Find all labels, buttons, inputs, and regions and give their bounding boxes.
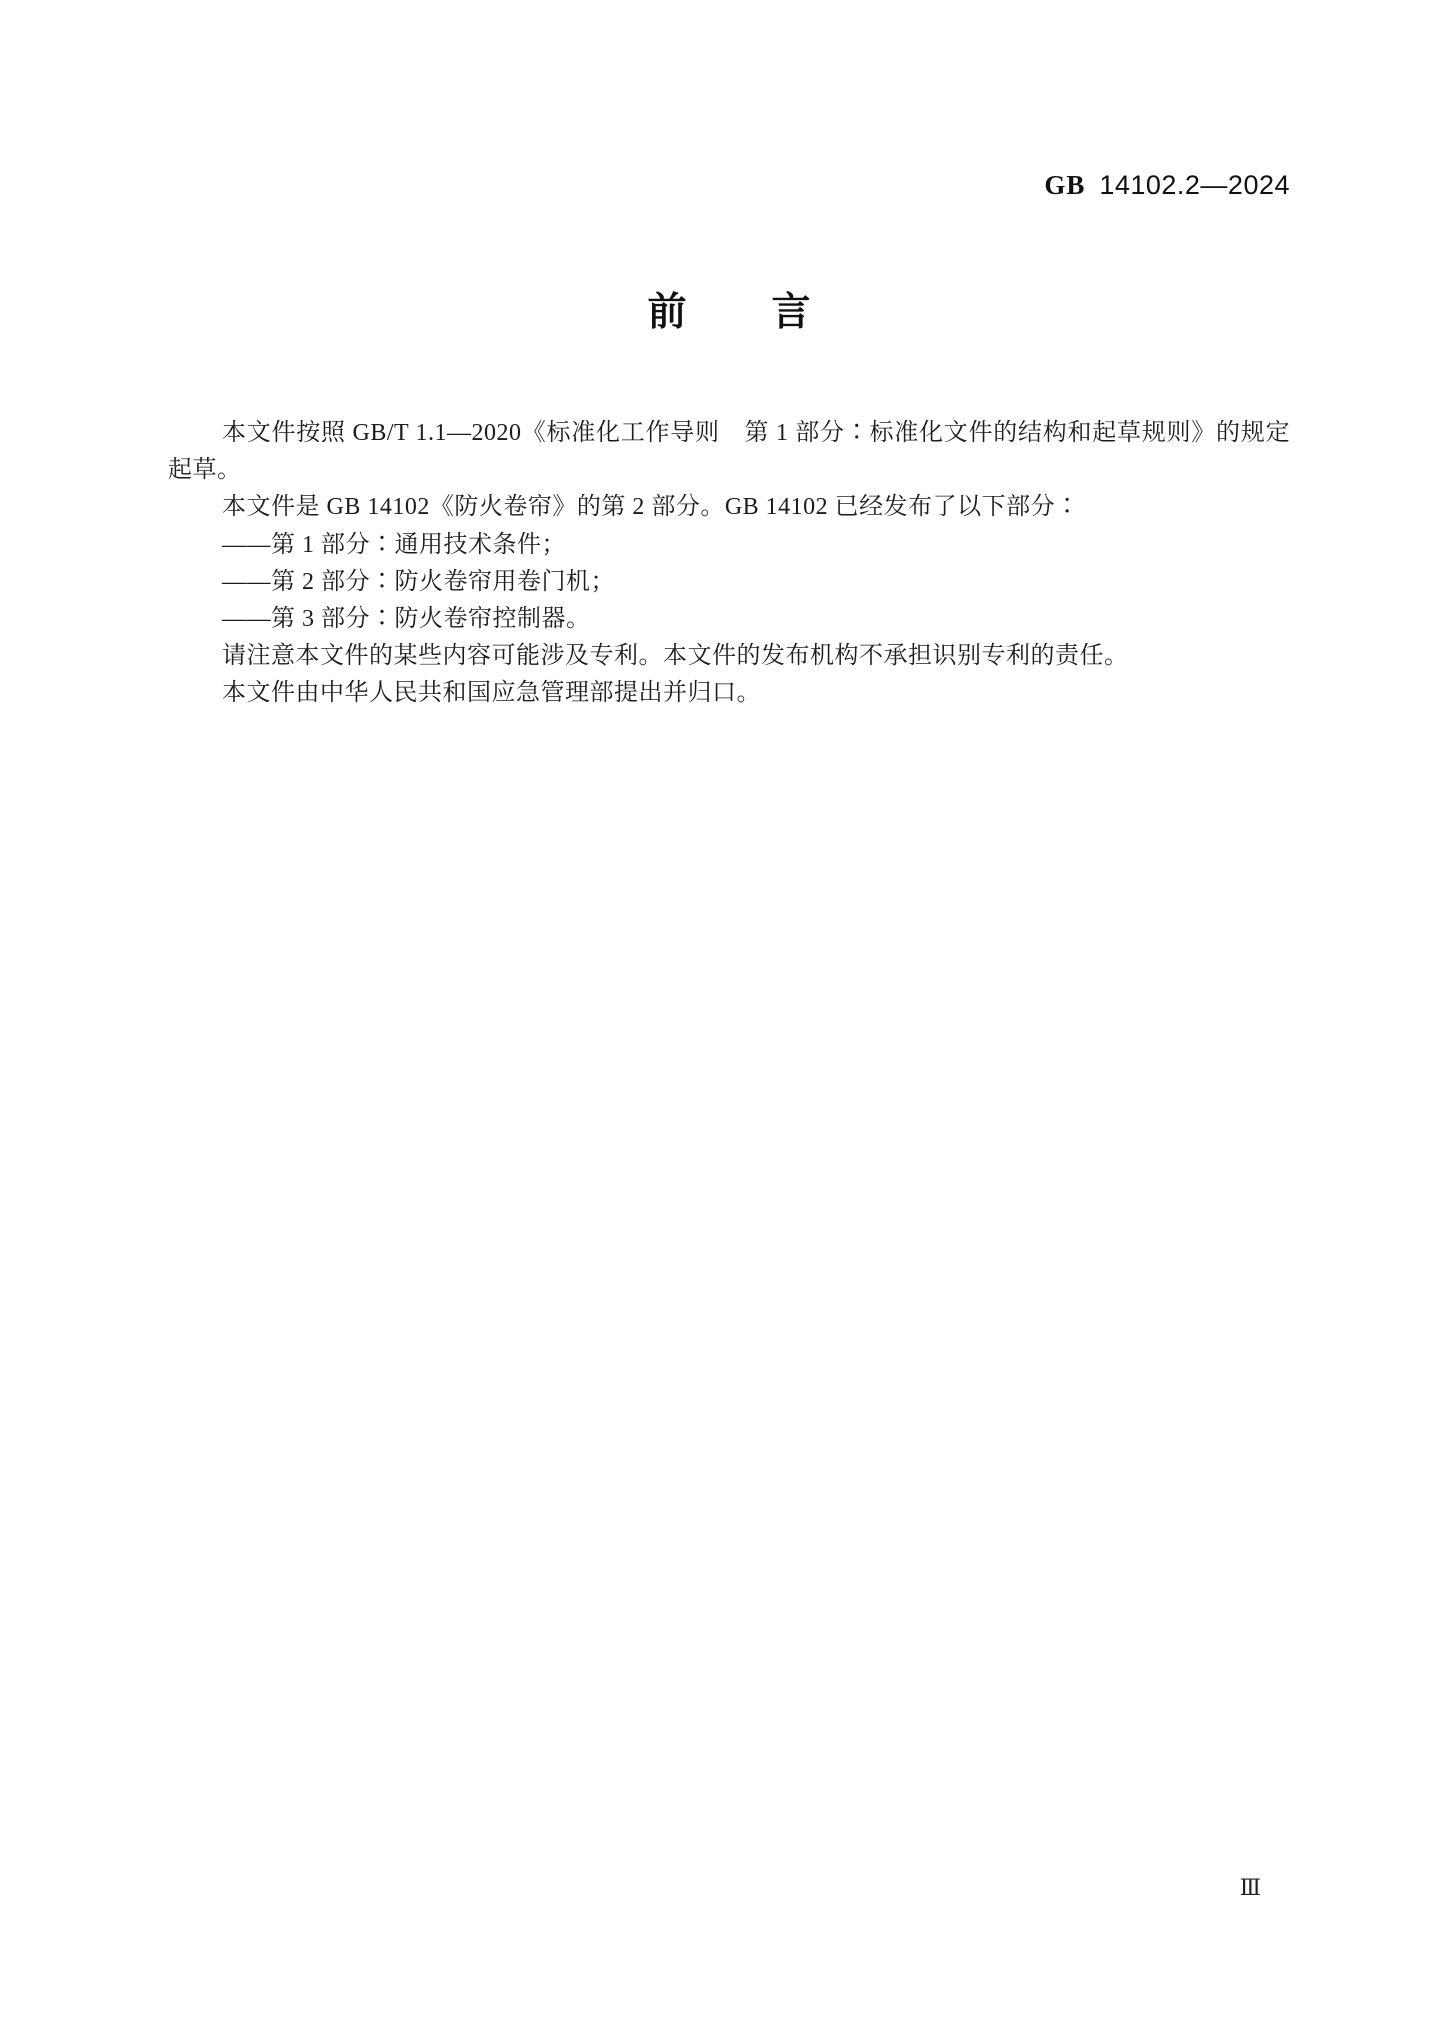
part-list-item-3: ——第 3 部分∶防火卷帘控制器。 <box>168 601 1290 638</box>
foreword-paragraph-issuing-body: 本文件由中华人民共和国应急管理部提出并归口。 <box>168 675 1290 712</box>
standard-code-prefix: GB <box>1044 170 1085 200</box>
foreword-paragraph-patent-notice: 请注意本文件的某些内容可能涉及专利。本文件的发布机构不承担识别专利的责任。 <box>168 638 1290 675</box>
standard-code: GB14102.2—2024 <box>168 170 1290 200</box>
document-page: GB14102.2—2024 前 言 本文件按照 GB/T 1.1—2020《标… <box>0 0 1445 2044</box>
foreword-paragraph-drafting-rules: 本文件按照 GB/T 1.1—2020《标准化工作导则 第 1 部分∶标准化文件… <box>168 415 1290 489</box>
foreword-paragraph-series-intro: 本文件是 GB 14102《防火卷帘》的第 2 部分。GB 14102 已经发布… <box>168 489 1290 526</box>
part-list-item-2: ——第 2 部分∶防火卷帘用卷门机； <box>168 564 1290 601</box>
foreword-title-char: 前 <box>647 291 686 335</box>
page-number: Ⅲ <box>1240 1876 1261 1900</box>
foreword-title-char: 言 <box>772 291 811 335</box>
foreword-body: 本文件按照 GB/T 1.1—2020《标准化工作导则 第 1 部分∶标准化文件… <box>168 415 1290 713</box>
part-list-item-1: ——第 1 部分∶通用技术条件； <box>168 527 1290 564</box>
foreword-title: 前 言 <box>168 291 1290 335</box>
standard-code-number: 14102.2—2024 <box>1099 170 1290 200</box>
